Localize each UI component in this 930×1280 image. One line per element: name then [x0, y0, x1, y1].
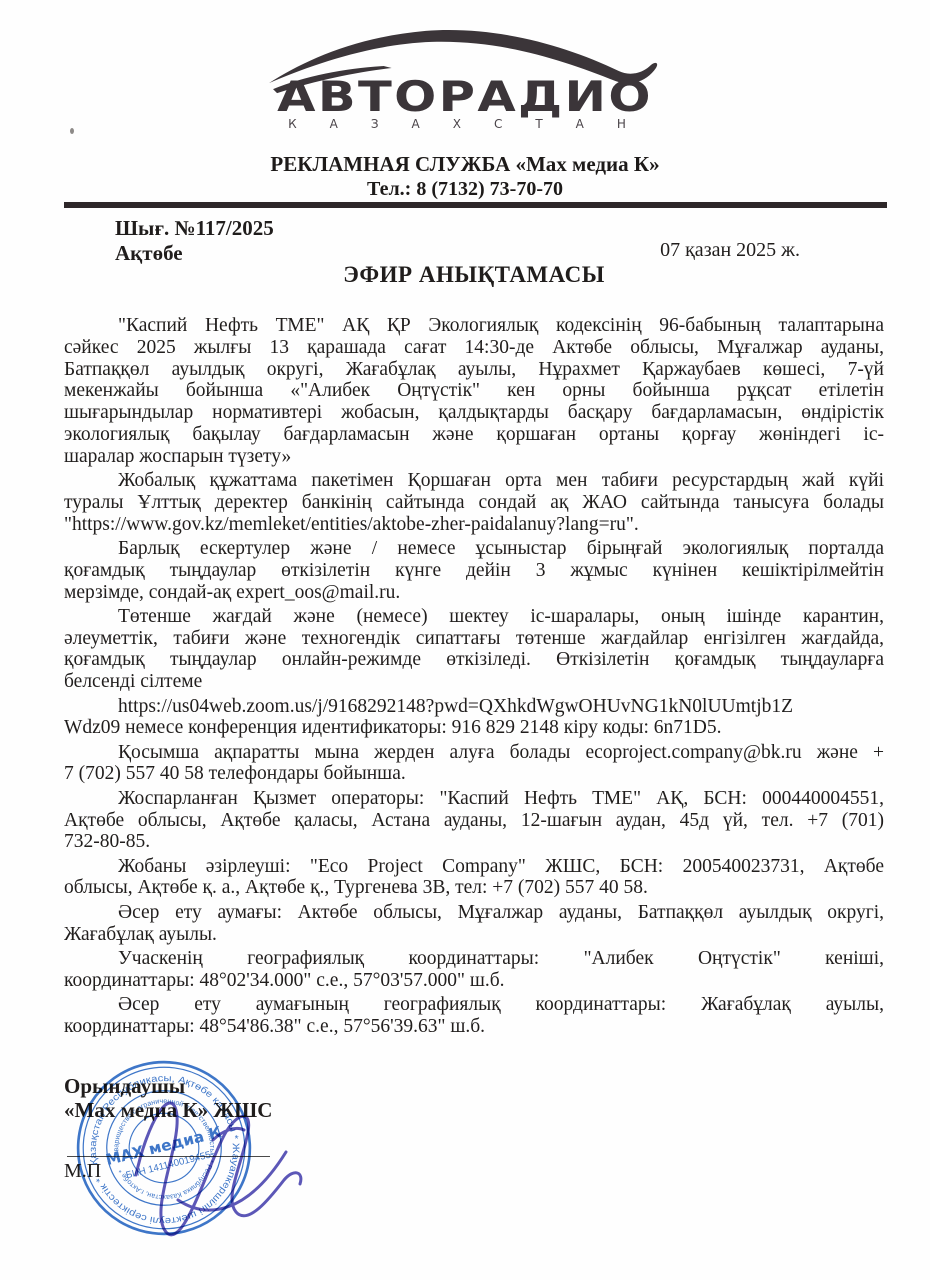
- paragraph-line: шаралар жоспарын түзету»: [64, 446, 884, 468]
- paragraph-line: мекенжайы бойынша «"Алибек Оңтүстік" кен…: [64, 380, 884, 402]
- brand-country-label: КАЗАХСТАН: [17, 117, 930, 131]
- scanned-letter-page: АВТОРАДИО КАЗАХСТАН РЕКЛАМНАЯ СЛУЖБА «Ма…: [0, 0, 930, 1280]
- paragraph: Әсер ету аумағының географиялық координа…: [64, 994, 884, 1038]
- paragraph: Жоспарланған Қызмет операторы: "Каспий Н…: [64, 788, 884, 853]
- paragraph-line: белсенді сілтеме: [64, 671, 884, 693]
- paragraph-line: Жоспарланған Қызмет операторы: "Каспий Н…: [64, 788, 884, 810]
- document-title: ЭФИР АНЫҚТАМАСЫ: [64, 262, 884, 288]
- paragraph: Қосымша ақпаратты мына жерден алуға бола…: [64, 742, 884, 786]
- paragraph-line: "Каспий Нефть ТМЕ" АҚ ҚР Экологиялық код…: [64, 315, 884, 337]
- paragraph-line: туралы Ұлттық деректер банкінің сайтында…: [64, 492, 884, 514]
- paragraph-line: координаттары: 48°54'86.38" с.е., 57°56'…: [64, 1016, 884, 1038]
- handwritten-signature: [118, 1080, 318, 1245]
- document-body: "Каспий Нефть ТМЕ" АҚ ҚР Экологиялық код…: [64, 315, 884, 1040]
- paragraph: https://us04web.zoom.us/j/9168292148?pwd…: [64, 696, 884, 740]
- agency-name: РЕКЛАМНАЯ СЛУЖБА «Мах медиа К»: [0, 152, 930, 177]
- agency-phone: Тел.: 8 (7132) 73-70-70: [0, 178, 930, 201]
- brand-wordmark: АВТОРАДИО: [0, 72, 930, 121]
- paragraph: Учаскенің географиялық координаттары: "А…: [64, 948, 884, 992]
- paragraph: Барлық ескертулер және / немесе ұсыныста…: [64, 538, 884, 603]
- header-rule: [64, 202, 887, 208]
- paragraph-line: Әсер ету аумағы: Актөбе облысы, Мұғалжар…: [64, 902, 884, 924]
- paragraph: Жобалық құжаттама пакетімен Қоршаған орт…: [64, 470, 884, 535]
- paragraph: "Каспий Нефть ТМЕ" АҚ ҚР Экологиялық код…: [64, 315, 884, 468]
- paragraph-line: Ақтөбе облысы, Ақтөбе қаласы, Астана ауд…: [64, 810, 884, 832]
- paragraph-line: мерзімде, сондай-ақ expert_oos@mail.ru.: [64, 582, 884, 604]
- paragraph-line: Барлық ескертулер және / немесе ұсыныста…: [64, 538, 884, 560]
- paragraph-line: Учаскенің географиялық координаттары: "А…: [64, 948, 884, 970]
- paragraph-line: Wdz09 немесе конференция идентификаторы:…: [64, 717, 884, 739]
- paragraph-line: координаттары: 48°02'34.000" с.е., 57°03…: [64, 970, 884, 992]
- paragraph-line: экологиялық бақылау бағдарламасын және қ…: [64, 424, 884, 446]
- paragraph: Жобаны әзірлеуші: "Eco Project Company" …: [64, 856, 884, 900]
- paragraph-line: Төтенше жағдай және (немесе) шектеу іс-ш…: [64, 606, 884, 628]
- paragraph-line: Жобалық құжаттама пакетімен Қоршаған орт…: [64, 470, 884, 492]
- paragraph-line: Жобаны әзірлеуші: "Eco Project Company" …: [64, 856, 884, 878]
- paragraph-line: "https://www.gov.kz/memleket/entities/ak…: [64, 514, 884, 536]
- paragraph-line: 7 (702) 557 40 58 телефондары бойынша.: [64, 763, 884, 785]
- letter-date: 07 қазан 2025 ж.: [660, 239, 800, 262]
- paragraph-line: әлеуметтік, табиғи және техногендік сипа…: [64, 628, 884, 650]
- paragraph-line: Батпаққөл ауылдық округі, Жағабұлақ ауыл…: [64, 359, 884, 381]
- paragraph: Әсер ету аумағы: Актөбе облысы, Мұғалжар…: [64, 902, 884, 946]
- paragraph-line: облысы, Ақтөбе қ. а., Ақтөбе қ., Тургене…: [64, 877, 884, 899]
- paragraph-line: 732-80-85.: [64, 831, 884, 853]
- paragraph: Төтенше жағдай және (немесе) шектеу іс-ш…: [64, 606, 884, 693]
- paragraph-line: қоғамдық тыңдаулар өткізілетін күнге дей…: [64, 560, 884, 582]
- paragraph-line: қоғамдық тыңдаулар онлайн-режимде өткізі…: [64, 649, 884, 671]
- paragraph-line: шығарындылар нормативтері жобасын, қалды…: [64, 402, 884, 424]
- outgoing-number: Шығ. №117/2025: [115, 216, 274, 241]
- paragraph-line: Әсер ету аумағының географиялық координа…: [64, 994, 884, 1016]
- paragraph-line: Жағабұлақ ауылы.: [64, 924, 884, 946]
- paragraph-line: сәйкес 2025 жылғы 13 қарашада сағат 14:3…: [64, 337, 884, 359]
- paragraph-line: https://us04web.zoom.us/j/9168292148?pwd…: [64, 696, 884, 718]
- paragraph-line: Қосымша ақпаратты мына жерден алуға бола…: [64, 742, 884, 764]
